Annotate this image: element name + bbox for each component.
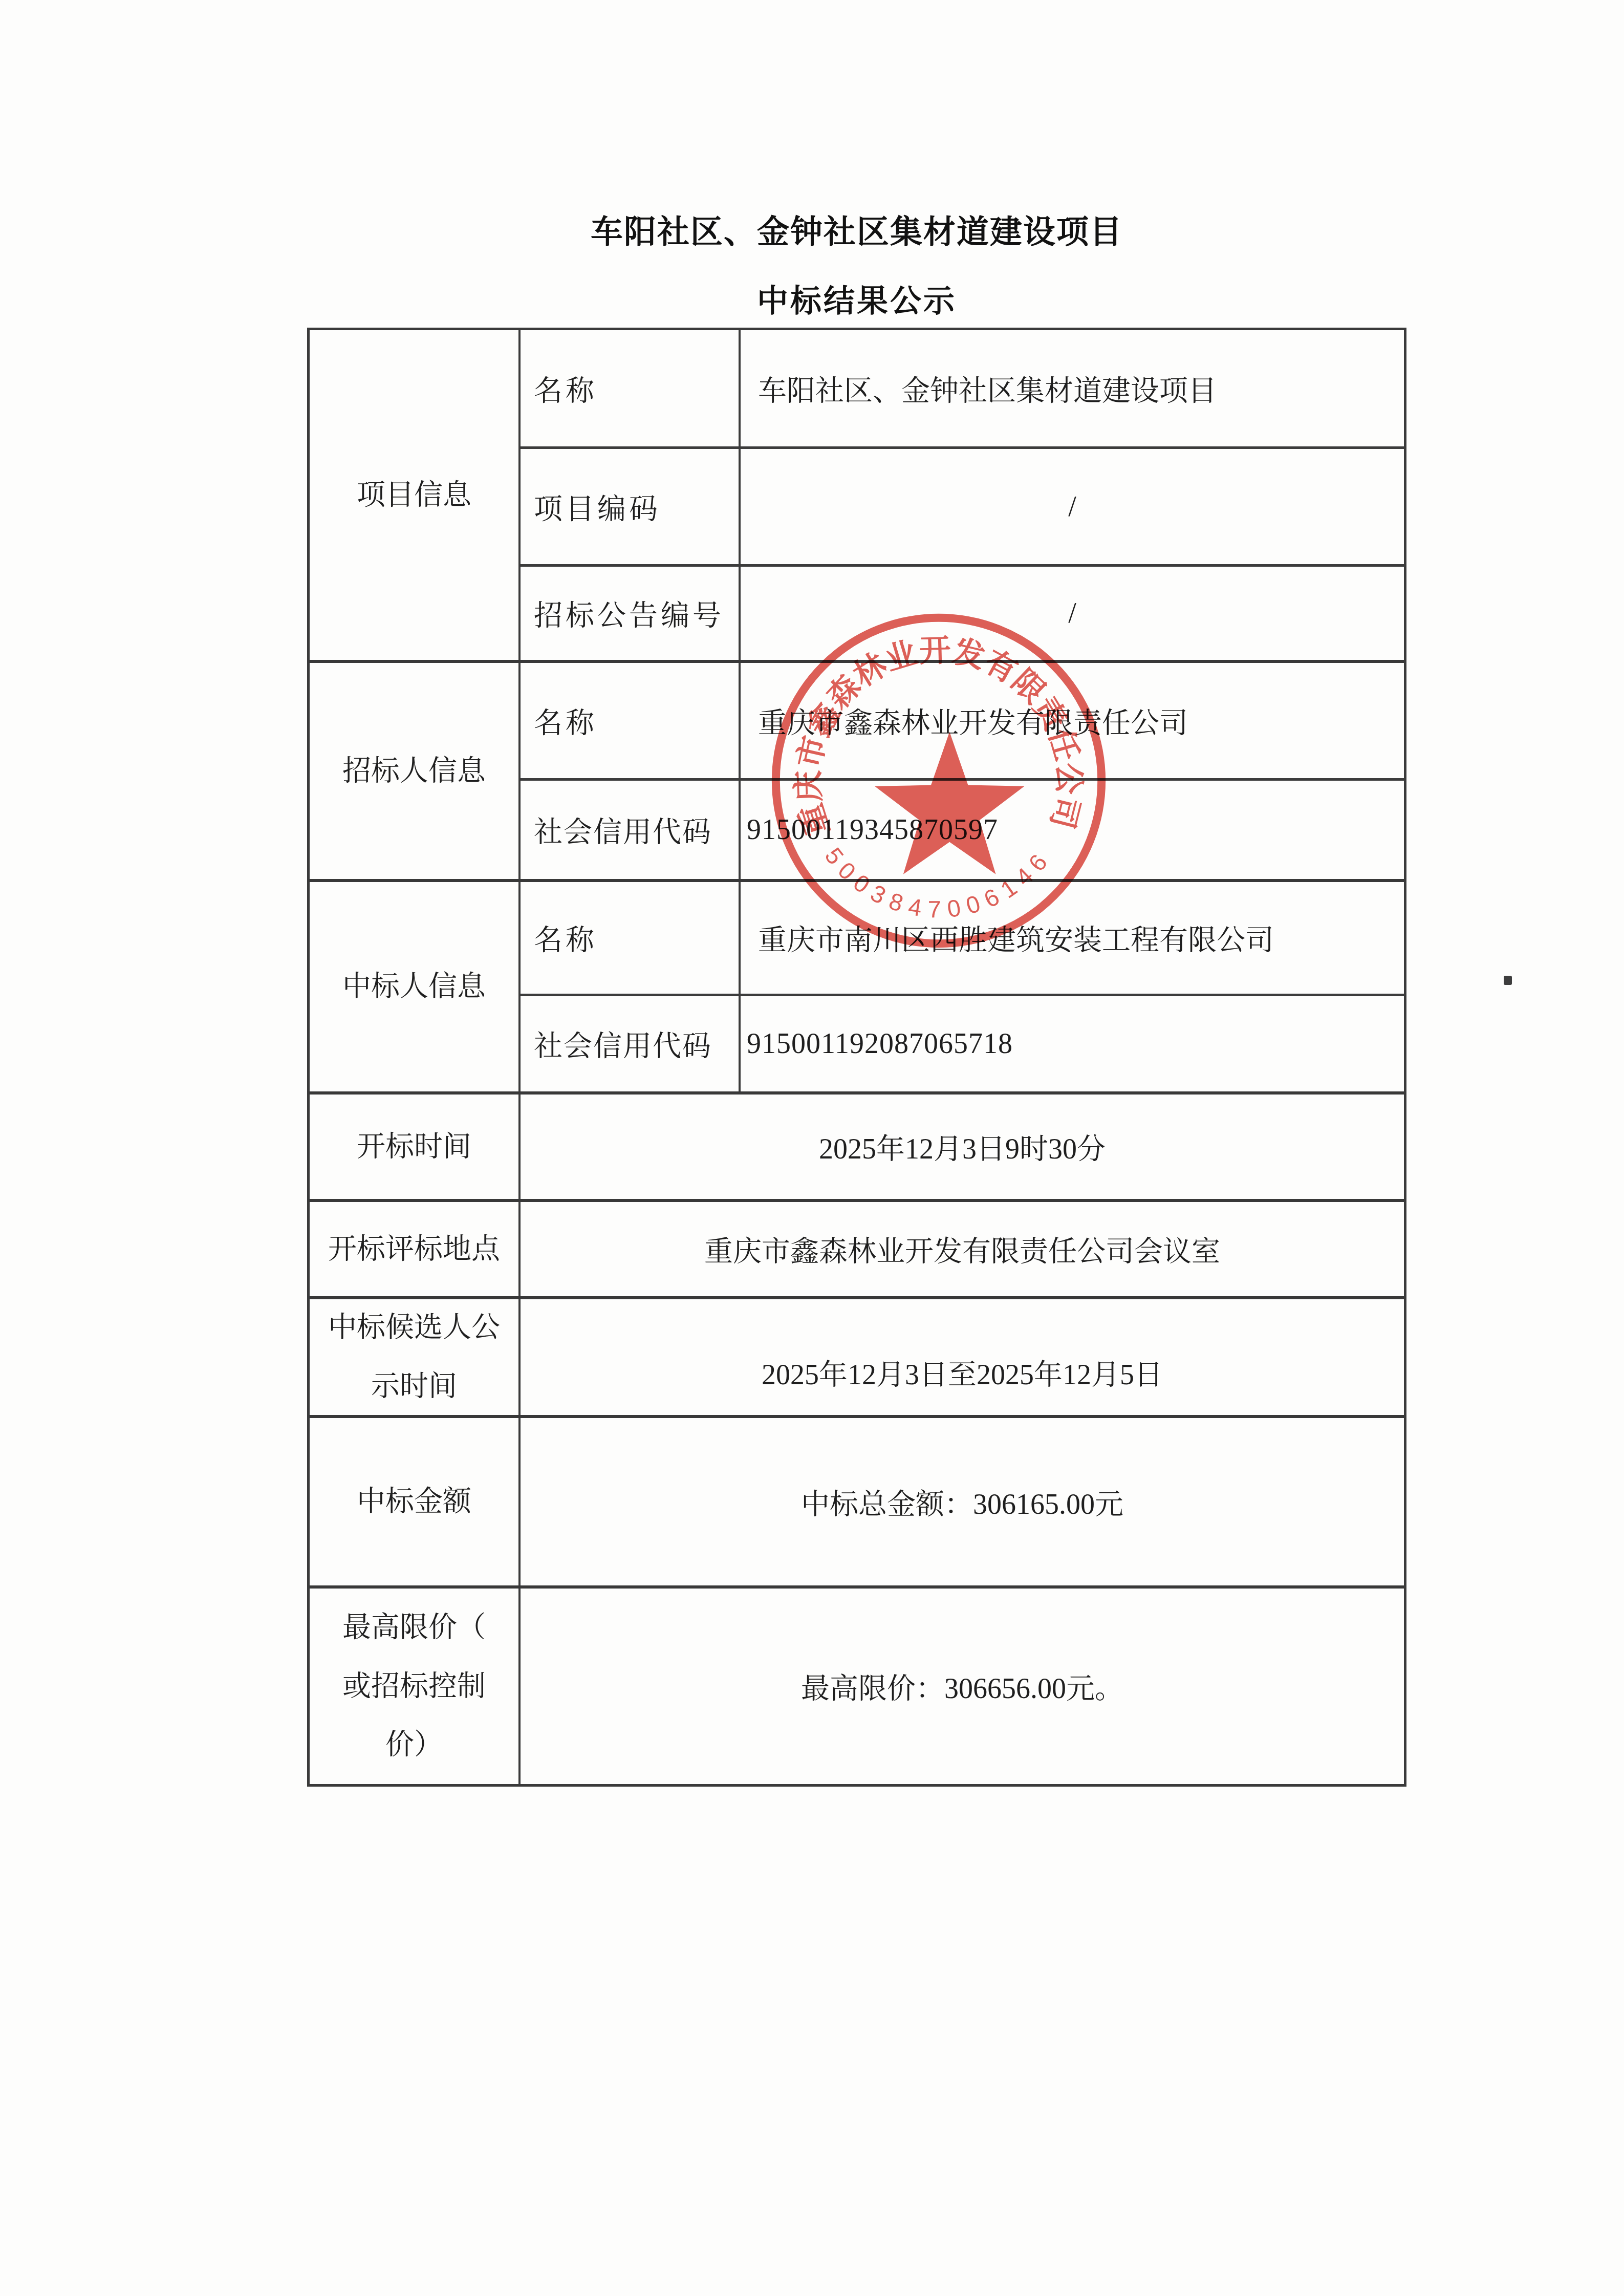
- document-title: 车阳社区、金钟社区集材道建设项目: [307, 206, 1406, 252]
- section-max-price: 最高限价（ 或招标控制 价） 最高限价：306656.00元。: [310, 1589, 1404, 1784]
- section-candidate-publicity-period: 中标候选人公 示时间 2025年12月3日至2025年12月5日: [310, 1299, 1404, 1418]
- section-bid-opening-time: 开标时间 2025年12月3日9时30分: [310, 1095, 1404, 1202]
- field-value-tenderer-name: 重庆市鑫森林业开发有限责任公司: [741, 663, 1404, 778]
- section-label-max-price: 最高限价（ 或招标控制 价）: [310, 1589, 521, 1784]
- row-tenderer-credit-code: 社会信用代码 91500119345870597: [521, 781, 1404, 879]
- field-value-winner-name: 重庆市南川区西胜建筑安装工程有限公司: [741, 882, 1404, 994]
- row-announcement-number: 招标公告编号 /: [521, 567, 1404, 660]
- section-label-winner-info: 中标人信息: [310, 882, 521, 1091]
- section-label-bid-opening-place: 开标评标地点: [310, 1202, 521, 1296]
- row-project-name: 名称 车阳社区、金钟社区集材道建设项目: [521, 330, 1404, 449]
- section-tenderer-info: 招标人信息 名称 重庆市鑫森林业开发有限责任公司 社会信用代码 91500119…: [310, 663, 1404, 882]
- section-project-info: 项目信息 名称 车阳社区、金钟社区集材道建设项目 项目编码 / 招标公告编号 /: [310, 330, 1404, 663]
- section-label-project-info: 项目信息: [310, 330, 521, 660]
- row-winner-credit-code: 社会信用代码 915001192087065718: [521, 996, 1404, 1091]
- field-label-winner-credit-code: 社会信用代码: [521, 996, 741, 1091]
- field-label-name: 名称: [521, 330, 741, 446]
- field-label-project-code: 项目编码: [521, 449, 741, 564]
- scanned-document-page: 车阳社区、金钟社区集材道建设项目 中标结果公示 项目信息 名称 车阳社区、金钟社…: [0, 0, 1624, 2296]
- row-winner-name: 名称 重庆市南川区西胜建筑安装工程有限公司: [521, 882, 1404, 996]
- field-label-tenderer-name: 名称: [521, 663, 741, 778]
- field-label-winner-name: 名称: [521, 882, 741, 994]
- value-bid-amount: 中标总金额：306165.00元: [521, 1418, 1404, 1585]
- section-label-bid-amount: 中标金额: [310, 1418, 521, 1585]
- row-tenderer-name: 名称 重庆市鑫森林业开发有限责任公司: [521, 663, 1404, 781]
- field-value-project-name: 车阳社区、金钟社区集材道建设项目: [741, 330, 1404, 446]
- value-max-price: 最高限价：306656.00元。: [521, 1589, 1404, 1784]
- bid-result-table: 项目信息 名称 车阳社区、金钟社区集材道建设项目 项目编码 / 招标公告编号 /…: [307, 328, 1406, 1787]
- document-subtitle: 中标结果公示: [307, 276, 1406, 321]
- section-label-candidate-publicity-period: 中标候选人公 示时间: [310, 1299, 521, 1415]
- field-value-project-code: /: [741, 449, 1404, 564]
- field-label-announcement-number: 招标公告编号: [521, 567, 741, 660]
- section-bid-opening-place: 开标评标地点 重庆市鑫森林业开发有限责任公司会议室: [310, 1202, 1404, 1299]
- section-label-tenderer-info: 招标人信息: [310, 663, 521, 879]
- section-label-bid-opening-time: 开标时间: [310, 1095, 521, 1199]
- field-value-tenderer-credit-code: 91500119345870597: [741, 781, 1404, 879]
- value-bid-opening-place: 重庆市鑫森林业开发有限责任公司会议室: [521, 1202, 1404, 1296]
- stray-ink-dot: [1504, 976, 1512, 985]
- field-value-winner-credit-code: 915001192087065718: [741, 996, 1404, 1091]
- field-label-tenderer-credit-code: 社会信用代码: [521, 781, 741, 879]
- section-bid-amount: 中标金额 中标总金额：306165.00元: [310, 1418, 1404, 1589]
- section-winner-info: 中标人信息 名称 重庆市南川区西胜建筑安装工程有限公司 社会信用代码 91500…: [310, 882, 1404, 1095]
- value-candidate-publicity-period: 2025年12月3日至2025年12月5日: [521, 1299, 1404, 1415]
- field-value-announcement-number: /: [741, 567, 1404, 660]
- value-bid-opening-time: 2025年12月3日9时30分: [521, 1095, 1404, 1199]
- row-project-code: 项目编码 /: [521, 449, 1404, 567]
